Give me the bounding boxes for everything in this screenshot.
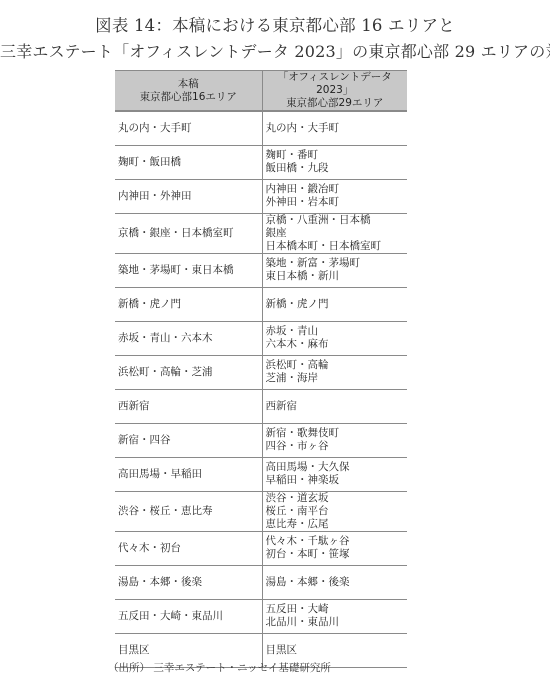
area16-cell: 浜松町・高輪・芝浦	[115, 355, 262, 389]
table-row: 築地・茅場町・東日本橋築地・新富・茅場町東日本橋・新川	[115, 253, 407, 287]
table-row: 京橋・銀座・日本橋室町京橋・八重洲・日本橋銀座日本橋本町・日本橋室町	[115, 213, 407, 253]
area16-cell: 新宿・四谷	[115, 423, 262, 457]
header-29-line1: 「オフィスレントデータ2023」	[263, 71, 408, 97]
area16-cell: 高田馬場・早稲田	[115, 457, 262, 491]
table-row: 内神田・外神田内神田・鍛冶町外神田・岩本町	[115, 179, 407, 213]
area29-line: 早稲田・神楽坂	[266, 474, 408, 487]
area29-line: 渋谷・道玄坂	[266, 492, 408, 505]
figure-title-line1: 図表 14：本稿における東京都心部 16 エリアと	[0, 12, 550, 36]
area29-cell: 五反田・大崎北品川・東品川	[262, 599, 407, 633]
area29-line: 初台・本町・笹塚	[266, 548, 408, 561]
area29-line: 築地・新富・茅場町	[266, 257, 408, 270]
area16-cell: 渋谷・桜丘・恵比寿	[115, 491, 262, 531]
area29-line: 丸の内・大手町	[266, 122, 408, 135]
table-row: 高田馬場・早稲田高田馬場・大久保早稲田・神楽坂	[115, 457, 407, 491]
table-row: 西新宿西新宿	[115, 389, 407, 423]
area29-line: 代々木・千駄ヶ谷	[266, 535, 408, 548]
area29-cell: 赤坂・青山六本木・麻布	[262, 321, 407, 355]
area29-cell: 麹町・番町飯田橋・九段	[262, 145, 407, 179]
table-row: 五反田・大崎・東品川五反田・大崎北品川・東品川	[115, 599, 407, 633]
area29-cell: 新宿・歌舞伎町四谷・市ヶ谷	[262, 423, 407, 457]
area16-cell: 五反田・大崎・東品川	[115, 599, 262, 633]
area29-cell: 築地・新富・茅場町東日本橋・新川	[262, 253, 407, 287]
area29-line: 桜丘・南平台	[266, 505, 408, 518]
area29-line: 芝浦・海岸	[266, 372, 408, 385]
area29-line: 日本橋本町・日本橋室町	[266, 240, 408, 253]
table-row: 丸の内・大手町丸の内・大手町	[115, 111, 407, 145]
header-29-line2: 東京都心部29エリア	[263, 97, 408, 110]
area16-cell: 湯島・本郷・後楽	[115, 565, 262, 599]
area29-cell: 京橋・八重洲・日本橋銀座日本橋本町・日本橋室町	[262, 213, 407, 253]
table-row: 新橋・虎ノ門新橋・虎ノ門	[115, 287, 407, 321]
table-row: 湯島・本郷・後楽湯島・本郷・後楽	[115, 565, 407, 599]
table-row: 渋谷・桜丘・恵比寿渋谷・道玄坂桜丘・南平台恵比寿・広尾	[115, 491, 407, 531]
area29-line: 四谷・市ヶ谷	[266, 440, 408, 453]
area29-line: 新橋・虎ノ門	[266, 298, 408, 311]
area29-line: 銀座	[266, 227, 408, 240]
area29-cell: 内神田・鍛冶町外神田・岩本町	[262, 179, 407, 213]
area29-line: 赤坂・青山	[266, 325, 408, 338]
area29-line: 西新宿	[266, 400, 408, 413]
area29-line: 東日本橋・新川	[266, 270, 408, 283]
source-note: （出所） 三幸エステート・ニッセイ基礎研究所	[108, 660, 331, 675]
area29-cell: 丸の内・大手町	[262, 111, 407, 145]
area-correspondence-table: 本稿 東京都心部16エリア 「オフィスレントデータ2023」 東京都心部29エリ…	[115, 70, 407, 668]
area16-cell: 新橋・虎ノ門	[115, 287, 262, 321]
area29-line: 恵比寿・広尾	[266, 518, 408, 531]
area16-cell: 麹町・飯田橋	[115, 145, 262, 179]
area16-cell: 代々木・初台	[115, 531, 262, 565]
area29-line: 高田馬場・大久保	[266, 461, 408, 474]
area29-line: 北品川・東品川	[266, 616, 408, 629]
table-row: 浜松町・高輪・芝浦浜松町・高輪芝浦・海岸	[115, 355, 407, 389]
area29-cell: 西新宿	[262, 389, 407, 423]
area16-cell: 西新宿	[115, 389, 262, 423]
figure-title-line2: 三幸エステート「オフィスレントデータ 2023」の東京都心部 29 エリアの対応	[0, 39, 550, 62]
area29-line: 六本木・麻布	[266, 338, 408, 351]
area29-cell: 浜松町・高輪芝浦・海岸	[262, 355, 407, 389]
area16-cell: 京橋・銀座・日本橋室町	[115, 213, 262, 253]
header-16-areas: 本稿 東京都心部16エリア	[115, 71, 262, 112]
area29-line: 湯島・本郷・後楽	[266, 576, 408, 589]
table-header-row: 本稿 東京都心部16エリア 「オフィスレントデータ2023」 東京都心部29エリ…	[115, 71, 407, 112]
area16-cell: 内神田・外神田	[115, 179, 262, 213]
area29-cell: 高田馬場・大久保早稲田・神楽坂	[262, 457, 407, 491]
area29-cell: 渋谷・道玄坂桜丘・南平台恵比寿・広尾	[262, 491, 407, 531]
area29-line: 目黒区	[266, 644, 408, 657]
header-29-areas: 「オフィスレントデータ2023」 東京都心部29エリア	[262, 71, 407, 112]
area29-line: 内神田・鍛冶町	[266, 183, 408, 196]
area29-cell: 代々木・千駄ヶ谷初台・本町・笹塚	[262, 531, 407, 565]
table-row: 赤坂・青山・六本木赤坂・青山六本木・麻布	[115, 321, 407, 355]
area29-line: 浜松町・高輪	[266, 359, 408, 372]
area29-line: 外神田・岩本町	[266, 196, 408, 209]
table-row: 麹町・飯田橋麹町・番町飯田橋・九段	[115, 145, 407, 179]
area29-line: 新宿・歌舞伎町	[266, 427, 408, 440]
area29-line: 五反田・大崎	[266, 603, 408, 616]
area29-line: 京橋・八重洲・日本橋	[266, 214, 408, 227]
table-body: 丸の内・大手町丸の内・大手町麹町・飯田橋麹町・番町飯田橋・九段内神田・外神田内神…	[115, 111, 407, 667]
area29-cell: 新橋・虎ノ門	[262, 287, 407, 321]
table-row: 代々木・初台代々木・千駄ヶ谷初台・本町・笹塚	[115, 531, 407, 565]
area29-line: 飯田橋・九段	[266, 162, 408, 175]
area29-line: 麹町・番町	[266, 149, 408, 162]
area29-cell: 湯島・本郷・後楽	[262, 565, 407, 599]
header-16-line1: 本稿	[115, 78, 262, 91]
area16-cell: 赤坂・青山・六本木	[115, 321, 262, 355]
area16-cell: 築地・茅場町・東日本橋	[115, 253, 262, 287]
table-row: 新宿・四谷新宿・歌舞伎町四谷・市ヶ谷	[115, 423, 407, 457]
area16-cell: 丸の内・大手町	[115, 111, 262, 145]
header-16-line2: 東京都心部16エリア	[115, 91, 262, 104]
